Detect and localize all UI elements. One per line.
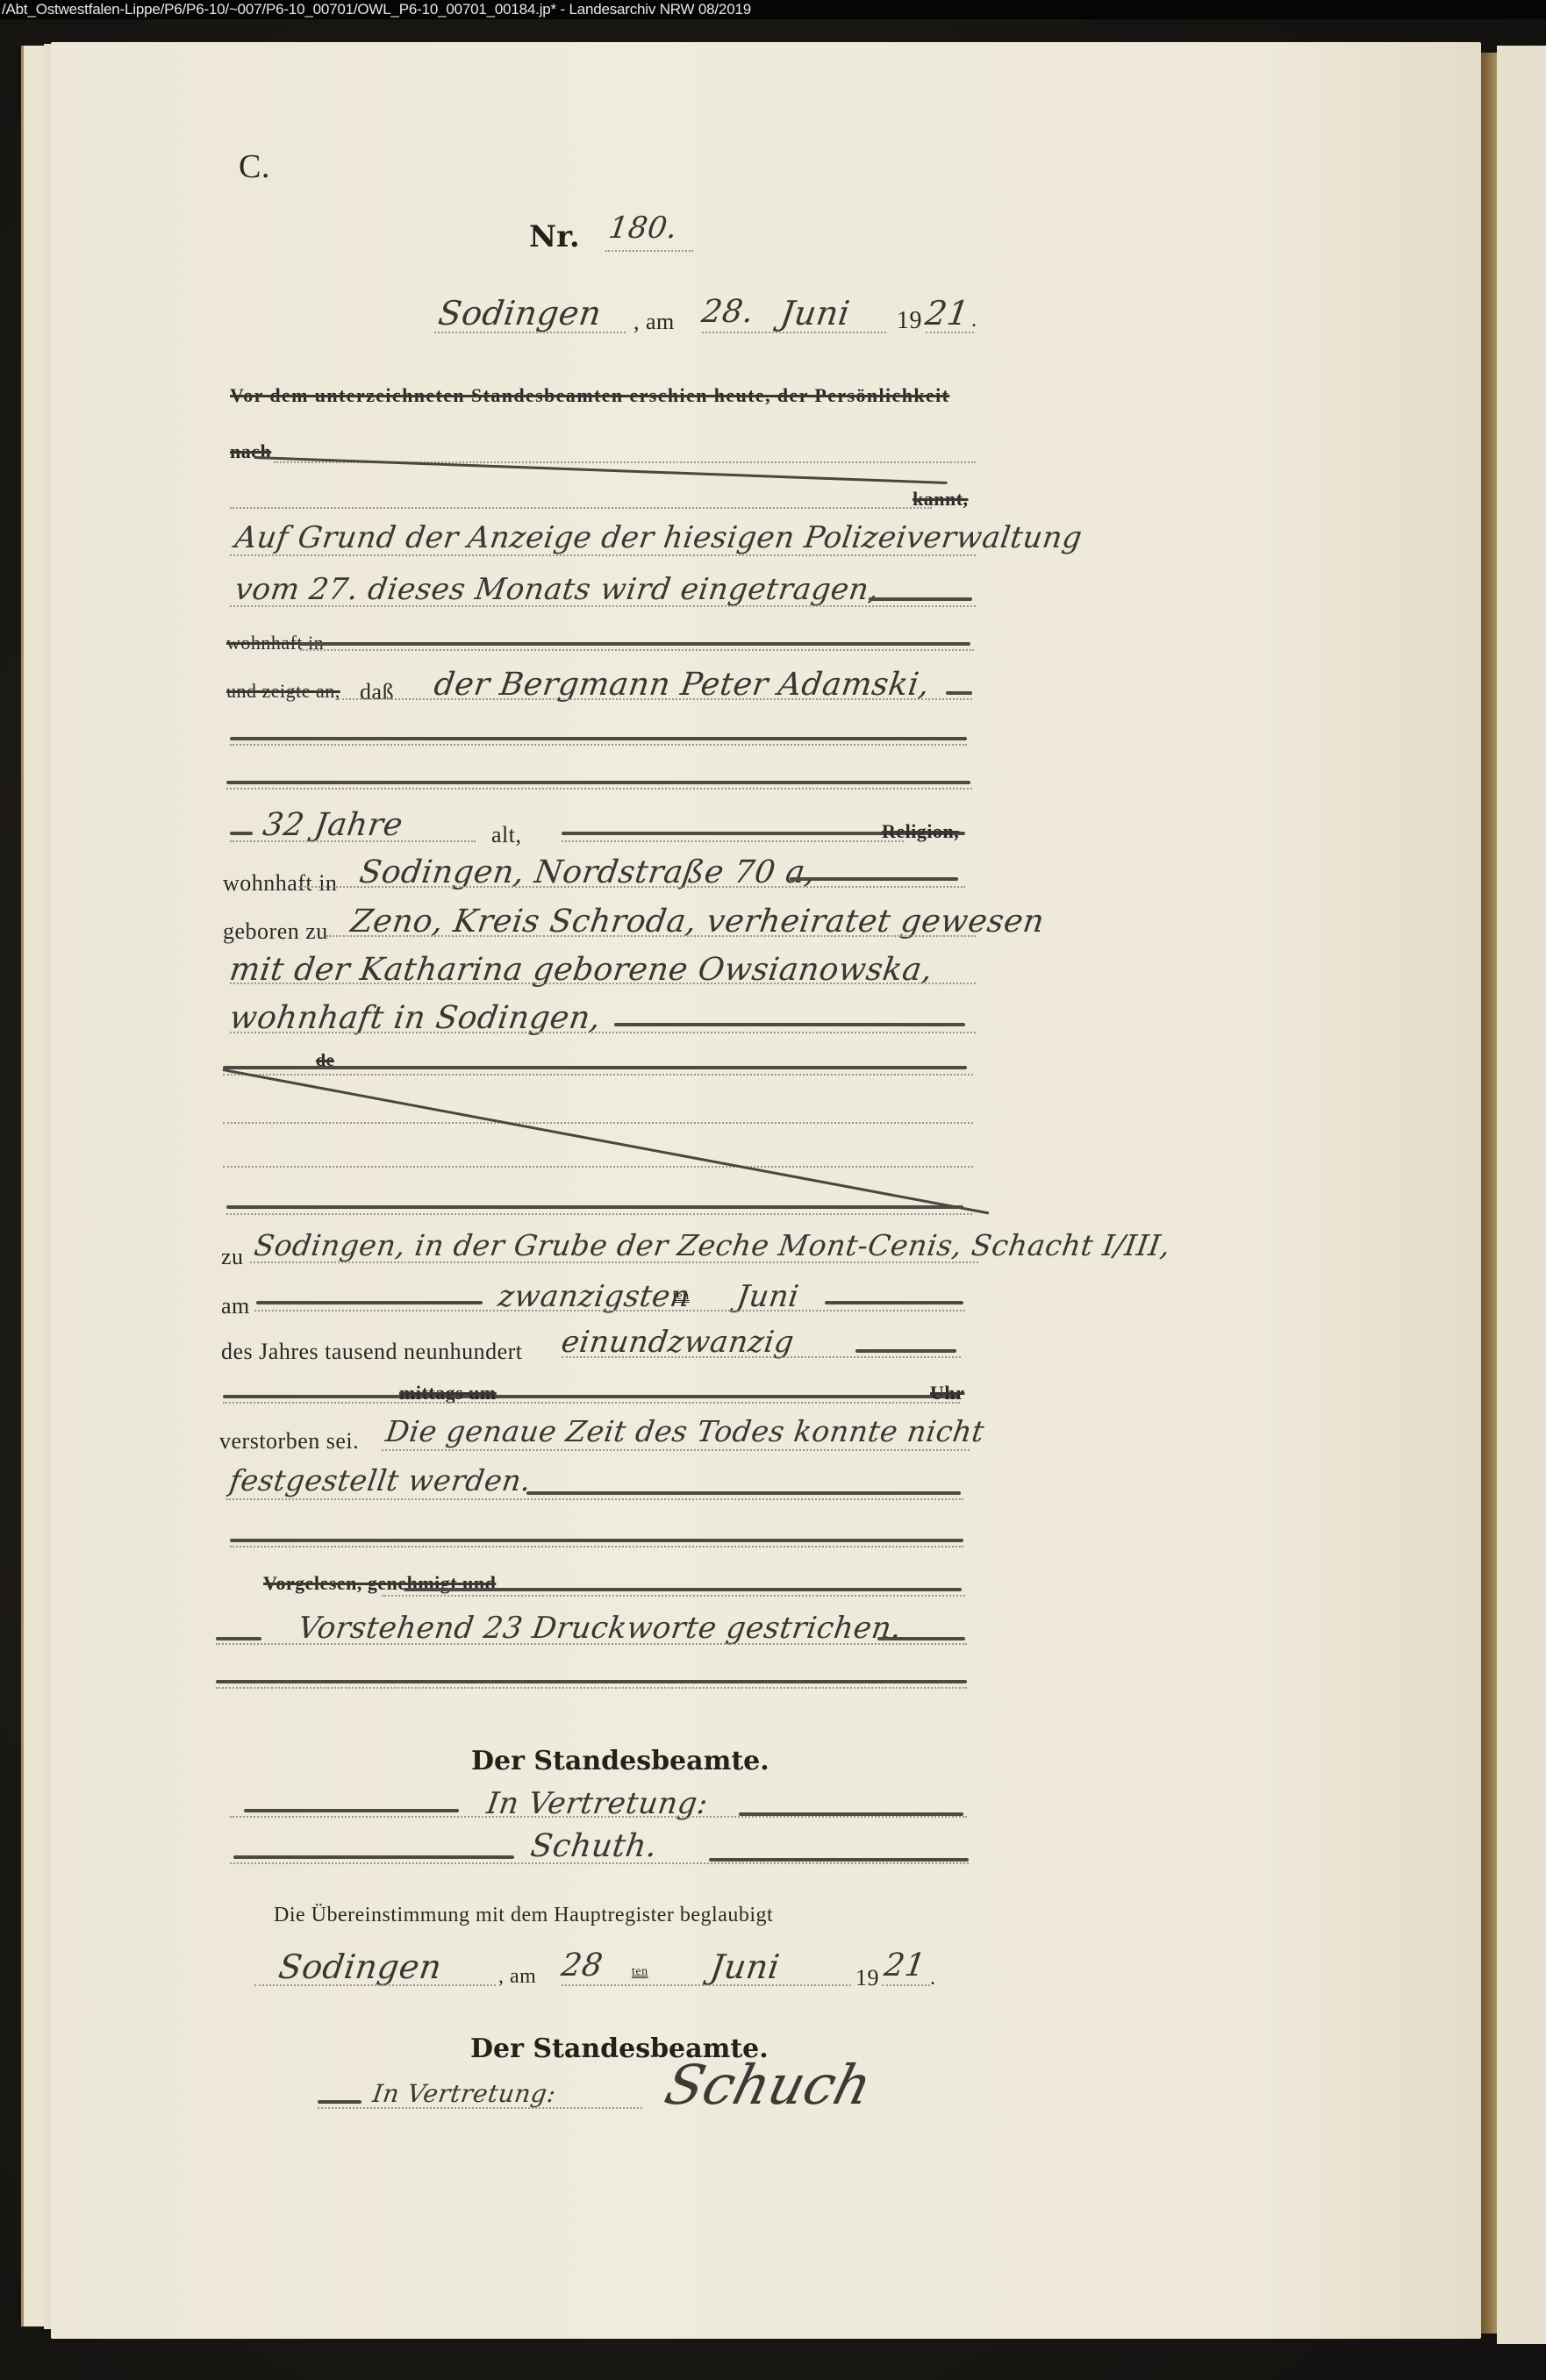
struck-de: de — [316, 1051, 334, 1071]
blank-line-4 — [226, 788, 972, 790]
year-label: des Jahres tausend neunhundert — [221, 1339, 523, 1365]
fill-rule-2 — [298, 642, 970, 646]
fill-rule-death-note — [526, 1491, 961, 1495]
fill-rule-sig2-left — [318, 2100, 361, 2104]
fill-rule-7 — [230, 1539, 963, 1542]
register-year-prefix: 19 — [897, 307, 922, 335]
cert-date-line — [562, 1984, 851, 1986]
blank-line-3 — [230, 744, 967, 746]
certification-text: Die Übereinstimmung mit dem Hauptregiste… — [274, 1904, 773, 1927]
fill-rule-year — [855, 1349, 956, 1353]
line-death-place — [250, 1261, 978, 1263]
fill-rule-note-left — [216, 1637, 261, 1640]
death-note-2: festgestellt werden. — [227, 1463, 533, 1497]
cancel-stroke-2 — [223, 1068, 989, 1214]
official-name-1: Schuth. — [528, 1828, 660, 1864]
residence-value: Sodingen, Nordstraße 70 a, — [357, 854, 818, 890]
cert-month: Juni — [708, 1948, 783, 1986]
official-signature-2: Schuch — [659, 2053, 878, 2117]
fill-rule-death-am — [256, 1301, 483, 1304]
dass-label: daß — [360, 679, 394, 705]
fill-rule-5 — [226, 781, 970, 784]
fill-rule-de — [223, 1066, 967, 1069]
line-deceased — [338, 698, 972, 700]
death-place-label: zu — [221, 1244, 244, 1270]
line-religion — [562, 840, 904, 842]
entry-number-value: 180. — [606, 211, 679, 246]
death-month: Juni — [734, 1279, 801, 1314]
place-line — [434, 332, 626, 333]
line-sig-1 — [230, 1816, 967, 1818]
line-time — [223, 1402, 960, 1404]
line-vorgelesen — [382, 1595, 965, 1597]
fill-rule-6 — [226, 1205, 963, 1209]
line-death-note-1 — [382, 1449, 970, 1451]
am-label: , am — [633, 309, 675, 335]
fill-rule-8 — [216, 1680, 967, 1683]
fill-rule-4 — [230, 737, 967, 740]
line-death-date — [254, 1310, 965, 1312]
day-month-line — [702, 332, 886, 333]
death-day-suffix: ten — [673, 1290, 690, 1304]
register-day: 28. — [699, 294, 756, 330]
fill-rule-1 — [869, 597, 972, 601]
fill-rule-residence — [790, 877, 958, 881]
age-label: alt, — [491, 822, 522, 848]
line-spouse — [230, 983, 976, 984]
blank-line-9 — [230, 1546, 963, 1547]
line-count-note — [216, 1643, 967, 1645]
blank-line-6 — [223, 1122, 973, 1124]
death-am-label: am — [221, 1293, 250, 1319]
death-year-value: einundzwanzig — [559, 1325, 796, 1360]
struck-count-note: Vorstehend 23 Druckworte gestrichen. — [296, 1611, 904, 1646]
cert-year-prefix: 19 — [855, 1965, 879, 1991]
register-month: Juni — [778, 294, 853, 332]
line-hand-2 — [230, 605, 976, 607]
official-title-1: Der Standesbeamte. — [471, 1746, 769, 1776]
line-year — [562, 1356, 961, 1358]
fill-rule-name1-right — [709, 1858, 969, 1862]
register-place: Sodingen — [436, 294, 604, 332]
cert-year-line — [882, 1984, 930, 1986]
deputy-label-2: In Vertretung: — [371, 2079, 558, 2108]
cert-date-end: . — [930, 1967, 936, 1990]
residence-label: wohnhaft in — [223, 870, 337, 897]
blank-line-7 — [223, 1166, 973, 1168]
entry-number-line — [605, 250, 693, 252]
death-day: zwanzigsten — [496, 1279, 692, 1314]
blank-line-5 — [223, 1074, 973, 1076]
register-date-end: . — [971, 309, 977, 332]
section-letter: C. — [239, 147, 270, 186]
line-residence — [298, 886, 965, 888]
fill-rule-vorgelesen — [404, 1588, 962, 1591]
struck-kannt: kannt, — [913, 488, 969, 511]
cert-place: Sodingen — [276, 1948, 444, 1986]
fill-rule-sig1-left — [244, 1809, 459, 1812]
cert-am-label: , am — [498, 1965, 536, 1989]
birth-value: Zeno, Kreis Schroda, verheiratet gewesen — [348, 904, 1047, 940]
hand-line-1: Auf Grund der Anzeige der hiesigen Poliz… — [233, 520, 1084, 555]
line-birth — [326, 935, 976, 937]
line-sig-2 — [318, 2107, 642, 2109]
year-line — [926, 332, 974, 333]
entry-number-label: Nr. — [529, 219, 580, 254]
fill-rule-age — [230, 832, 253, 835]
cert-year-suffix: 21 — [882, 1948, 928, 1983]
death-place-value: Sodingen, in der Grube der Zeche Mont-Ce… — [252, 1228, 1172, 1262]
fill-rule-name1-left — [233, 1855, 514, 1859]
deceased-name: der Bergmann Peter Adamski, — [432, 667, 932, 703]
struck-religion: Religion, — [882, 820, 959, 843]
fill-rule-spouse-residence — [614, 1023, 965, 1026]
blank-line-8 — [226, 1213, 972, 1215]
cert-day-suffix: ten — [632, 1965, 648, 1979]
line-name-1 — [230, 1862, 969, 1864]
birth-label: geboren zu — [223, 918, 328, 945]
fill-rule-3 — [946, 691, 972, 695]
fill-rule-note-right — [877, 1637, 965, 1640]
register-year-suffix: 21 — [923, 294, 972, 332]
line-age — [230, 840, 476, 842]
line-spouse-residence — [230, 1032, 976, 1033]
register-entry: C. Nr. 180. Sodingen , am 28. Juni 19 21… — [0, 0, 1546, 2380]
died-label: verstorben sei. — [219, 1428, 359, 1454]
line-hand-1 — [230, 554, 976, 556]
blank-line-10 — [216, 1687, 967, 1689]
hand-line-2: vom 27. dieses Monats wird eingetragen, — [233, 572, 881, 607]
death-note-1: Die genaue Zeit des Todes konnte nicht — [383, 1414, 986, 1448]
cancel-stroke-1 — [254, 456, 948, 484]
line-death-note-2 — [226, 1498, 963, 1500]
struck-intro-text: Vor dem unterzeichneten Standesbeamten e… — [230, 384, 949, 407]
fill-rule-time — [223, 1395, 960, 1398]
struck-nach: nach — [230, 440, 271, 463]
age-value: 32 Jahre — [261, 807, 405, 843]
fill-rule-death-month — [825, 1301, 963, 1304]
cert-place-line — [254, 1984, 496, 1986]
struck-vorgelesen: Vorgelesen, genehmigt und — [263, 1572, 496, 1595]
spouse-residence: wohnhaft in Sodingen, — [227, 1000, 603, 1036]
struck-zeigte: und zeigte an, — [226, 680, 340, 703]
blank-line-2 — [230, 507, 932, 509]
cert-day: 28 — [559, 1948, 605, 1983]
line-wohnhaft — [300, 649, 974, 651]
